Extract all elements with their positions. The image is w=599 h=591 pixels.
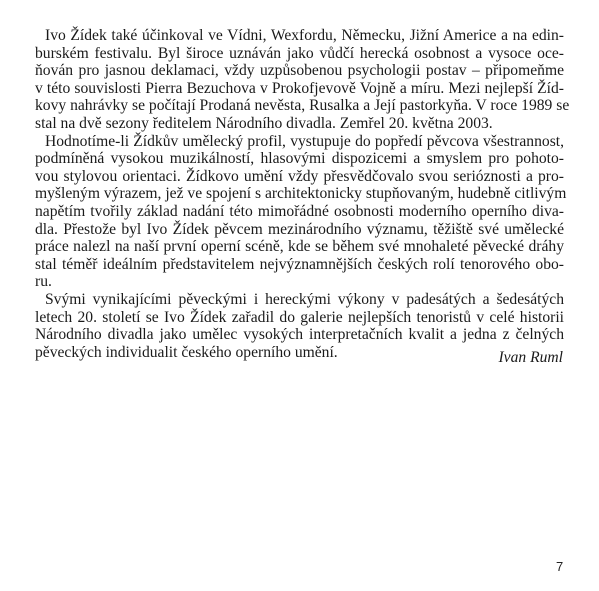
text-line: ru. — [35, 273, 564, 291]
text-line: dla. Přestože byl Ivo Žídek pěvcem mezin… — [35, 221, 564, 239]
text-line: stal na dvě sezony ředitelem Národního d… — [35, 115, 564, 133]
document-page: Ivo Žídek také účinkoval ve Vídni, Wexfo… — [0, 0, 599, 591]
text-line: Národního divadla jako umělec vysokých i… — [35, 326, 564, 344]
text-line: myšleným výrazem, jež ve spojení s archi… — [35, 185, 564, 203]
text-line: burském festivalu. Byl široce uznáván ja… — [35, 45, 564, 63]
text-line: v této souvislosti Pierra Bezuchova v Pr… — [35, 80, 564, 98]
text-line: vou stylovou orientaci. Žídkovo umění vž… — [35, 168, 564, 186]
paragraph-1: Ivo Žídek také účinkoval ve Vídni, Wexfo… — [35, 27, 564, 133]
paragraph-3: Svými vynikajícími pěveckými i hereckými… — [35, 291, 564, 361]
text-line: Hodnotíme-li Žídkův umělecký profil, vys… — [35, 133, 564, 151]
text-line: kovy nahrávky se počítají Prodaná nevěst… — [35, 97, 564, 115]
text-line: Svými vynikajícími pěveckými i hereckými… — [35, 291, 564, 309]
author-signature: Ivan Ruml — [498, 349, 563, 367]
text-line: napětím tvořily základ nadání této mimoř… — [35, 203, 564, 221]
paragraph-2: Hodnotíme-li Žídkův umělecký profil, vys… — [35, 133, 564, 291]
text-line: pěveckých individualit českého operního … — [35, 344, 564, 362]
text-line: Ivo Žídek také účinkoval ve Vídni, Wexfo… — [35, 27, 564, 45]
text-line: podmíněná vysokou muzikálností, hlasovým… — [35, 150, 564, 168]
text-line: ňován pro jasnou deklamaci, vždy uzpůsob… — [35, 62, 564, 80]
text-line: stal téměř ideálním představitelem nejvý… — [35, 256, 564, 274]
text-line: letech 20. století se Ivo Žídek zařadil … — [35, 309, 564, 327]
page-number: 7 — [556, 559, 563, 574]
text-line: práce nalezl na naší první operní scéně,… — [35, 238, 564, 256]
body-text: Ivo Žídek také účinkoval ve Vídni, Wexfo… — [35, 27, 564, 361]
